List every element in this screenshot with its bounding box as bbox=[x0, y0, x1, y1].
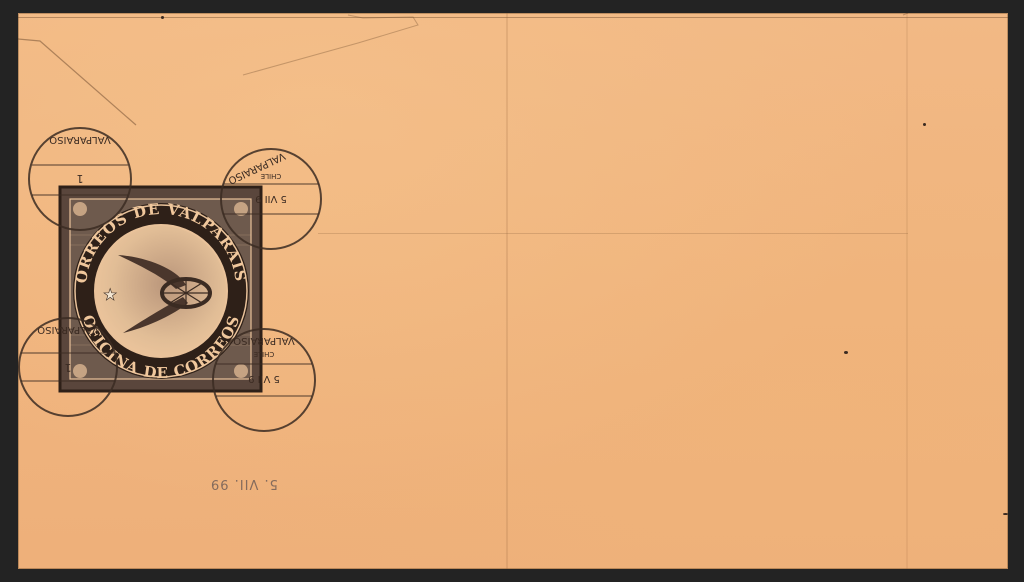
svg-text:VALPARAISO: VALPARAISO bbox=[37, 324, 99, 335]
speck bbox=[161, 16, 164, 19]
speck bbox=[923, 123, 926, 126]
svg-text:1: 1 bbox=[65, 361, 72, 374]
svg-text:CHILE: CHILE bbox=[254, 350, 275, 358]
postmark-bottom-left: 1 VALPARAISO bbox=[16, 315, 120, 419]
svg-text:CHILE: CHILE bbox=[261, 172, 282, 180]
svg-text:VALPARAISO: VALPARAISO bbox=[49, 134, 111, 145]
pencil-date-note: 5. VII. 99 bbox=[210, 476, 278, 491]
postmark-bottom-right: 5 VII 9 VALPARAISO CHILE bbox=[210, 326, 318, 434]
speck bbox=[1003, 513, 1008, 515]
speck bbox=[844, 351, 848, 354]
svg-text:VALPARAISO: VALPARAISO bbox=[233, 335, 295, 346]
svg-text:5 VII 9: 5 VII 9 bbox=[248, 373, 280, 384]
svg-text:1: 1 bbox=[77, 172, 84, 185]
star-icon: ★ bbox=[103, 285, 117, 304]
postmark-top-left: 1 VALPARAISO bbox=[26, 125, 134, 233]
svg-text:5 VII 9: 5 VII 9 bbox=[255, 193, 287, 204]
postmark-top-right: 5 VII 9 VALPARAISO CHILE bbox=[218, 146, 324, 252]
